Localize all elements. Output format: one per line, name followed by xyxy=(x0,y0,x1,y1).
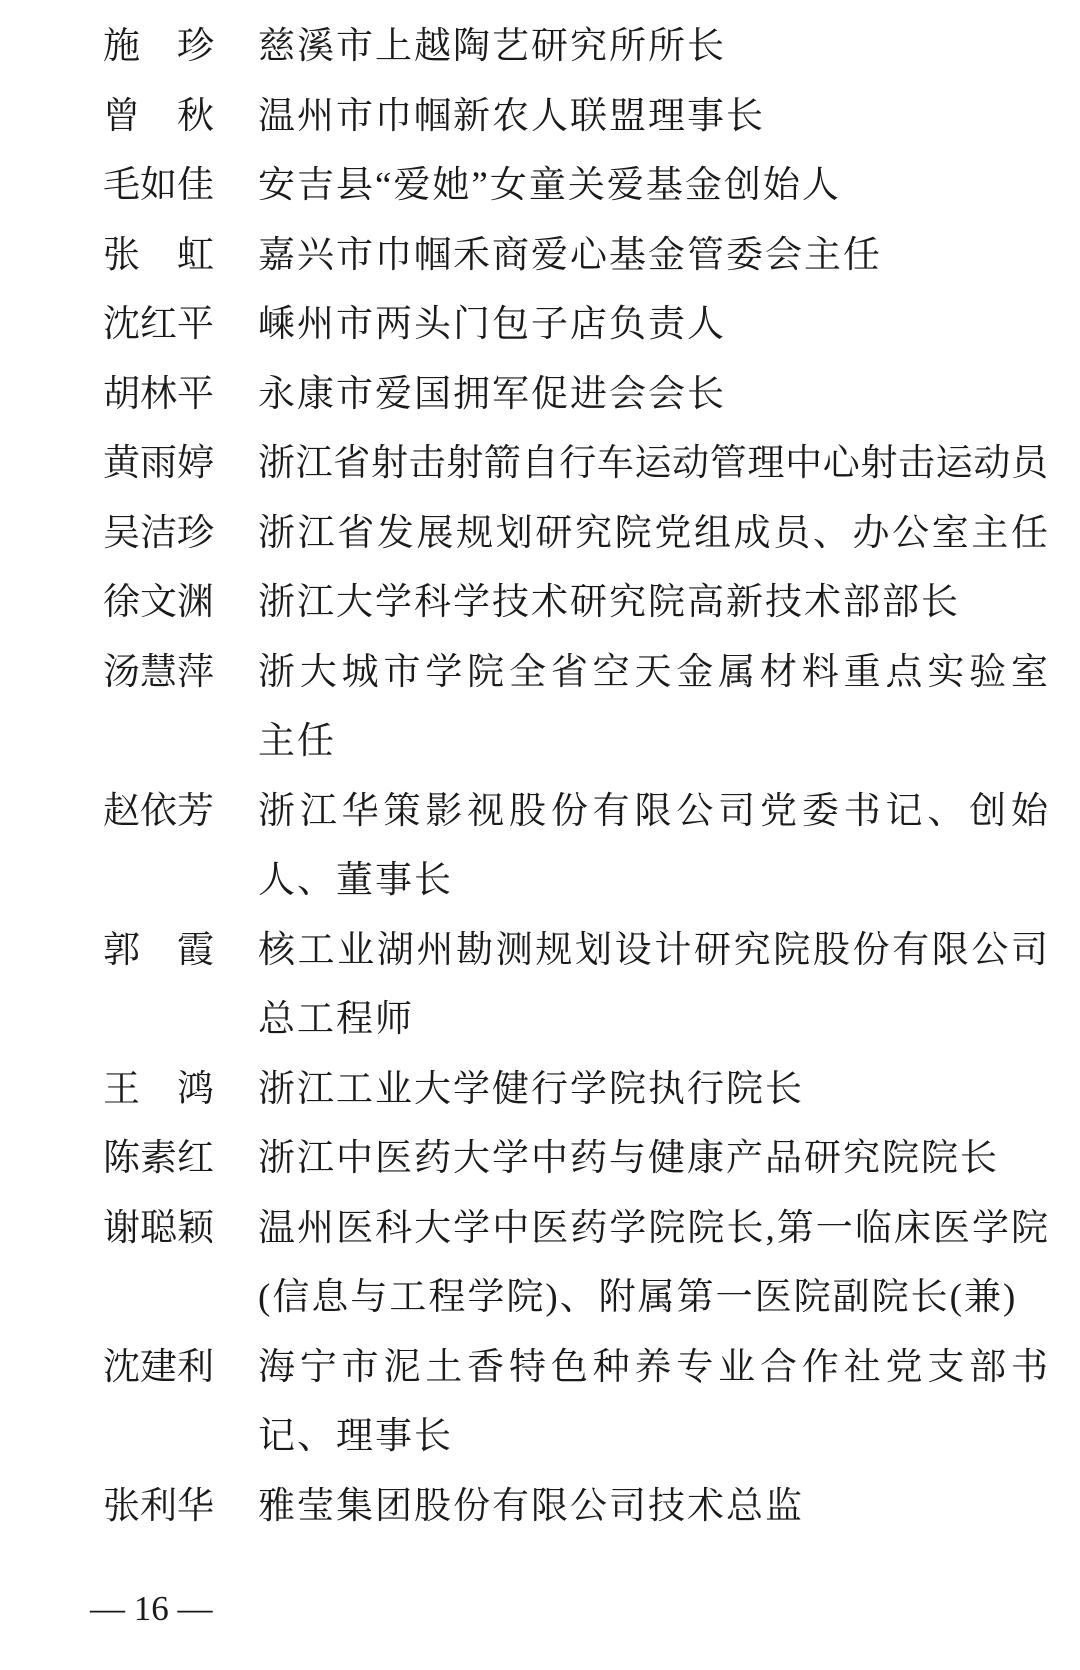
title-line: 永康市爱国拥军促进会会长 xyxy=(258,360,1048,430)
person-name: 陈素红 xyxy=(103,1124,215,1194)
person-title: 海宁市泥土香特色种养专业合作社党支部书记、理事长 xyxy=(258,1333,1048,1472)
entry-row: 毛如佳安吉县“爱她”女童关爱基金创始人 xyxy=(103,151,1080,221)
person-title: 永康市爱国拥军促进会会长 xyxy=(258,360,1048,430)
person-name: 曾 秋 xyxy=(103,82,215,152)
person-name: 沈红平 xyxy=(103,290,215,360)
page-footer: — 16 — xyxy=(55,1549,1080,1669)
entry-row: 谢聪颖温州医科大学中医药学院院长,第一临床医学院(信息与工程学院)、附属第一医院… xyxy=(103,1194,1080,1333)
entry-row: 吴洁珍浙江省发展规划研究院党组成员、办公室主任 xyxy=(103,499,1080,569)
person-name: 王 鸿 xyxy=(103,1055,215,1125)
entry-row: 汤慧萍浙大城市学院全省空天金属材料重点实验室主任 xyxy=(103,638,1080,777)
title-line: 浙江省射击射箭自行车运动管理中心射击运动员 xyxy=(258,429,1048,499)
title-line: 人、董事长 xyxy=(258,846,1048,916)
title-line: 安吉县“爱她”女童关爱基金创始人 xyxy=(258,151,1048,221)
title-line: 浙大城市学院全省空天金属材料重点实验室 xyxy=(258,638,1048,708)
person-title: 浙江省射击射箭自行车运动管理中心射击运动员 xyxy=(258,429,1048,499)
person-title: 浙大城市学院全省空天金属材料重点实验室主任 xyxy=(258,638,1048,777)
title-line: 总工程师 xyxy=(258,985,1048,1055)
title-line: 浙江省发展规划研究院党组成员、办公室主任 xyxy=(258,499,1048,569)
entry-row: 赵依芳浙江华策影视股份有限公司党委书记、创始人、董事长 xyxy=(103,777,1080,916)
title-line: 雅莹集团股份有限公司技术总监 xyxy=(258,1472,1048,1542)
person-name: 张 虹 xyxy=(103,221,215,291)
person-title: 浙江华策影视股份有限公司党委书记、创始人、董事长 xyxy=(258,777,1048,916)
title-line: 浙江华策影视股份有限公司党委书记、创始 xyxy=(258,777,1048,847)
person-name: 胡林平 xyxy=(103,360,215,430)
person-title: 浙江省发展规划研究院党组成员、办公室主任 xyxy=(258,499,1048,569)
entry-row: 施 珍慈溪市上越陶艺研究所所长 xyxy=(103,12,1080,82)
entry-row: 徐文渊浙江大学科学技术研究院高新技术部部长 xyxy=(103,568,1080,638)
title-line: (信息与工程学院)、附属第一医院副院长(兼) xyxy=(258,1263,1048,1333)
entry-row: 黄雨婷浙江省射击射箭自行车运动管理中心射击运动员 xyxy=(103,429,1080,499)
entry-row: 沈建利海宁市泥土香特色种养专业合作社党支部书记、理事长 xyxy=(103,1333,1080,1472)
person-name: 张利华 xyxy=(103,1472,215,1542)
person-name: 施 珍 xyxy=(103,12,215,82)
person-name: 毛如佳 xyxy=(103,151,215,221)
person-title: 温州市巾帼新农人联盟理事长 xyxy=(258,82,1048,152)
person-title: 核工业湖州勘测规划设计研究院股份有限公司总工程师 xyxy=(258,916,1048,1055)
entry-row: 胡林平永康市爱国拥军促进会会长 xyxy=(103,360,1080,430)
entry-row: 陈素红浙江中医药大学中药与健康产品研究院院长 xyxy=(103,1124,1080,1194)
entry-row: 郭 霞核工业湖州勘测规划设计研究院股份有限公司总工程师 xyxy=(103,916,1080,1055)
person-title: 浙江中医药大学中药与健康产品研究院院长 xyxy=(258,1124,1048,1194)
honor-roll-list: 施 珍慈溪市上越陶艺研究所所长曾 秋温州市巾帼新农人联盟理事长毛如佳安吉县“爱她… xyxy=(0,0,1080,1541)
person-name: 赵依芳 xyxy=(103,777,215,847)
title-line: 核工业湖州勘测规划设计研究院股份有限公司 xyxy=(258,916,1048,986)
title-line: 记、理事长 xyxy=(258,1402,1048,1472)
person-title: 嘉兴市巾帼禾商爱心基金管委会主任 xyxy=(258,221,1048,291)
entry-row: 王 鸿浙江工业大学健行学院执行院长 xyxy=(103,1055,1080,1125)
person-name: 徐文渊 xyxy=(103,568,215,638)
title-line: 温州市巾帼新农人联盟理事长 xyxy=(258,82,1048,152)
entry-row: 张利华雅莹集团股份有限公司技术总监 xyxy=(103,1472,1080,1542)
document-page: 施 珍慈溪市上越陶艺研究所所长曾 秋温州市巾帼新农人联盟理事长毛如佳安吉县“爱她… xyxy=(0,0,1080,1670)
person-name: 黄雨婷 xyxy=(103,429,215,499)
title-line: 浙江大学科学技术研究院高新技术部部长 xyxy=(258,568,1048,638)
title-line: 嘉兴市巾帼禾商爱心基金管委会主任 xyxy=(258,221,1048,291)
person-title: 安吉县“爱她”女童关爱基金创始人 xyxy=(258,151,1048,221)
title-line: 温州医科大学中医药学院院长,第一临床医学院 xyxy=(258,1194,1048,1264)
title-line: 浙江中医药大学中药与健康产品研究院院长 xyxy=(258,1124,1048,1194)
title-line: 嵊州市两头门包子店负责人 xyxy=(258,290,1048,360)
person-title: 慈溪市上越陶艺研究所所长 xyxy=(258,12,1048,82)
person-name: 沈建利 xyxy=(103,1333,215,1403)
person-title: 雅莹集团股份有限公司技术总监 xyxy=(258,1472,1048,1542)
page-number: — 16 — xyxy=(90,1589,213,1628)
title-line: 浙江工业大学健行学院执行院长 xyxy=(258,1055,1048,1125)
person-name: 汤慧萍 xyxy=(103,638,215,708)
title-line: 主任 xyxy=(258,707,1048,777)
person-title: 温州医科大学中医药学院院长,第一临床医学院(信息与工程学院)、附属第一医院副院长… xyxy=(258,1194,1048,1333)
entry-row: 张 虹嘉兴市巾帼禾商爱心基金管委会主任 xyxy=(103,221,1080,291)
person-name: 谢聪颖 xyxy=(103,1194,215,1264)
person-name: 吴洁珍 xyxy=(103,499,215,569)
person-title: 嵊州市两头门包子店负责人 xyxy=(258,290,1048,360)
person-title: 浙江大学科学技术研究院高新技术部部长 xyxy=(258,568,1048,638)
person-name: 郭 霞 xyxy=(103,916,215,986)
title-line: 慈溪市上越陶艺研究所所长 xyxy=(258,12,1048,82)
entry-row: 沈红平嵊州市两头门包子店负责人 xyxy=(103,290,1080,360)
title-line: 海宁市泥土香特色种养专业合作社党支部书 xyxy=(258,1333,1048,1403)
person-title: 浙江工业大学健行学院执行院长 xyxy=(258,1055,1048,1125)
entry-row: 曾 秋温州市巾帼新农人联盟理事长 xyxy=(103,82,1080,152)
